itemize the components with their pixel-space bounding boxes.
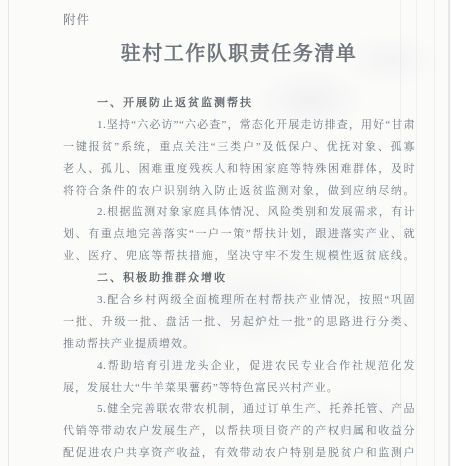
text-line: 展，发展壮大“牛羊菜果薯药”等特色富民兴村产业。 [63, 378, 415, 400]
section-heading-2: 二、积极助推群众增收 [63, 268, 415, 290]
document-title: 驻村工作队职责任务清单 [63, 37, 415, 66]
text-line: 5.健全完善联农带农机制，通过订单生产、托养托管、产品 [63, 399, 415, 421]
text-line: 划、有重点地完善落实“一户一策”帮扶计划，跟进落实产业、就 [63, 224, 415, 246]
text-line: 代销等带动农户发展生产，以帮扶项目资产的产权归属和收益分 [63, 421, 415, 443]
text-line: 2.根据监测对象家庭具体情况、风险类别和发展需求，有计 [63, 202, 415, 224]
text-line: 1.坚持“六必访”“六必查”，常态化开展走访排查，用好“甘肃 [63, 115, 415, 137]
document-body: 一、开展防止返贫监测帮扶 1.坚持“六必访”“六必查”，常态化开展走访排查，用好… [63, 93, 415, 465]
text-line: 业、医疗、兜底等帮扶措施，坚决守牢不发生规模性返贫底线。 [63, 246, 415, 268]
document-page: 附件 驻村工作队职责任务清单 一、开展防止返贫监测帮扶 1.坚持“六必访”“六必… [0, 0, 452, 466]
text-line: 老人、孤儿、困难重度残疾人和特困家庭等特殊困难群体，及时 [63, 159, 415, 181]
text-line: 配促进农户共享资产收益，有效带动农户特别是脱贫户和监测户 [63, 443, 415, 465]
text-line: 一键报贫”系统，重点关注“三类户”及低保户、优抚对象、孤寡 [63, 137, 415, 159]
text-line: 3.配合乡村两级全面梳理所在村帮扶产业情况，按照“巩固 [63, 290, 415, 312]
attachment-label: 附件 [63, 10, 90, 28]
text-line: 一批、升级一批、盘活一批、另起炉灶一批”的思路进行分类、 [63, 312, 415, 334]
text-line: 将符合条件的农户识别纳入防止返贫监测对象，做到应纳尽纳。 [63, 181, 415, 203]
section-heading-1: 一、开展防止返贫监测帮扶 [63, 93, 415, 115]
text-line: 4.帮助培育引进龙头企业，促进农民专业合作社规范化发 [63, 356, 415, 378]
text-line: 推动帮扶产业提质增效。 [63, 334, 415, 356]
